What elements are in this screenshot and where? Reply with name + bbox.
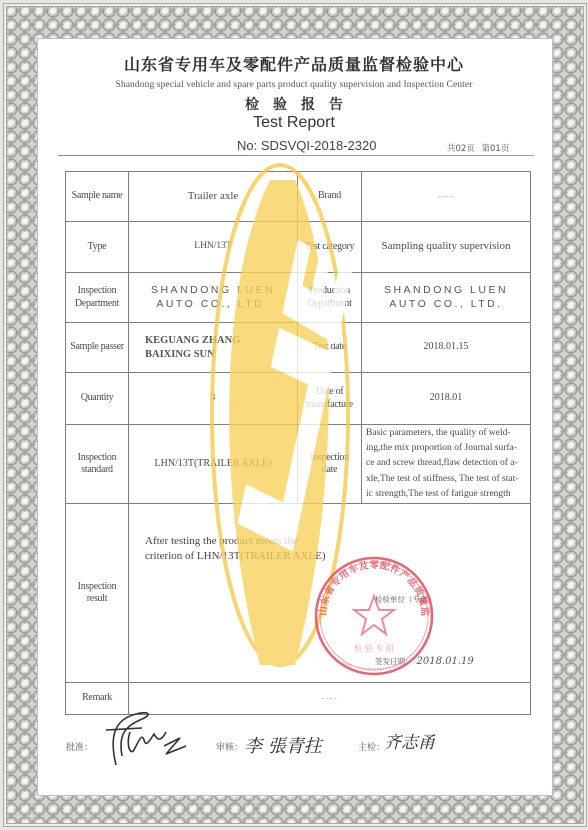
date-of-manufacture-label: Date of manufacture bbox=[298, 373, 362, 425]
label-line: Inspection bbox=[310, 452, 349, 463]
label-line: Inspection bbox=[78, 581, 117, 592]
items-line: xle,The test of stiffness, The test of s… bbox=[366, 472, 528, 487]
table-row: Quantity 3 Date of manufacture 2018.01 bbox=[66, 373, 531, 425]
inspection-standard-value: LHN/13T(TRAILER AXLE) bbox=[129, 425, 298, 504]
label-line: Date of bbox=[316, 386, 344, 397]
inspection-standard-label: Inspection standard bbox=[66, 425, 129, 504]
report-title-en: Test Report bbox=[0, 114, 588, 132]
review-label: 审核： bbox=[216, 740, 243, 753]
inspection-items-label: Inspection date bbox=[298, 425, 362, 504]
label-line: manufacture bbox=[306, 399, 353, 410]
sample-name-value: Trailer axle bbox=[129, 172, 298, 222]
inspection-department-label: Inspection Department bbox=[66, 273, 129, 323]
value-line: SHANDONG LUEN bbox=[384, 284, 508, 296]
table-row: Type LHN/13T Test category Sampling qual… bbox=[66, 222, 531, 273]
review-signature: 李 張青拄 bbox=[244, 732, 322, 758]
label-line: standard bbox=[81, 464, 112, 475]
table-row: Inspection result After testing the prod… bbox=[66, 504, 531, 683]
table-row: Inspection Department SHANDONG LUEN AUTO… bbox=[66, 273, 531, 323]
report-table: Sample name Trailer axle Brand ---- Type… bbox=[65, 171, 531, 715]
result-line: After testing the product meets the bbox=[145, 534, 326, 549]
chief-inspector-label: 主检： bbox=[358, 740, 385, 753]
value-line: BAIXING SUN bbox=[145, 349, 215, 360]
org-name-en: Shandong special vehicle and spare parts… bbox=[0, 80, 588, 90]
result-line: criterion of LHN/13T(TRAILER AXLE) bbox=[145, 549, 326, 564]
label-line: Production bbox=[309, 285, 350, 296]
production-department-value: SHANDONG LUEN AUTO CO., LTD. bbox=[362, 273, 531, 323]
test-date-label: Test date bbox=[298, 323, 362, 373]
value-line: AUTO CO., LTD. bbox=[156, 298, 269, 310]
header-rule bbox=[58, 155, 248, 156]
page-count: 共02页 第01页 bbox=[447, 142, 509, 154]
signature-row: 批准： 审核： 李 張青拄 主检： 齐志甬 bbox=[66, 732, 536, 792]
value-line: SHANDONG LUEN bbox=[151, 284, 275, 296]
sample-passer-label: Sample passer bbox=[66, 323, 129, 373]
label-line: Inspection bbox=[78, 452, 117, 463]
label-line: result bbox=[87, 593, 107, 604]
test-category-label: Test category bbox=[298, 222, 362, 273]
date-of-manufacture-value: 2018.01 bbox=[362, 373, 531, 425]
chief-inspector-signature: 齐志甬 bbox=[384, 728, 435, 753]
inspection-items-value: Basic parameters, the quality of weld- i… bbox=[362, 425, 531, 504]
items-line: ic strength,The test of fatigue strength bbox=[366, 487, 528, 502]
issue-date-label: 签发日期： bbox=[375, 657, 413, 666]
label-line: Department bbox=[307, 298, 351, 309]
items-line: Basic parameters, the quality of weld- bbox=[366, 426, 528, 441]
quantity-label: Quantity bbox=[66, 373, 129, 425]
approve-label: 批准： bbox=[66, 740, 93, 753]
items-line: ce and screw thread,flaw detection of a- bbox=[366, 456, 528, 471]
brand-label: Brand bbox=[298, 172, 362, 222]
sample-name-label: Sample name bbox=[66, 172, 129, 222]
header-rule bbox=[248, 155, 534, 156]
inspection-result-value: After testing the product meets the crit… bbox=[129, 504, 531, 683]
table-row: Sample passer KEGUANG ZHANG BAIXING SUN … bbox=[66, 323, 531, 373]
approve-signature bbox=[96, 710, 196, 780]
sample-passer-value: KEGUANG ZHANG BAIXING SUN bbox=[129, 323, 298, 373]
label-line: Department bbox=[75, 298, 119, 309]
report-number: No: SDSVQI-2018-2320 bbox=[237, 138, 376, 153]
production-department-label: Production Department bbox=[298, 273, 362, 323]
brand-value: ---- bbox=[362, 172, 531, 222]
label-line: date bbox=[322, 464, 337, 475]
test-date-value: 2018.01.15 bbox=[362, 323, 531, 373]
issue-date-handwritten: 2018.01.19 bbox=[417, 656, 474, 667]
label-line: Inspection bbox=[78, 285, 117, 296]
type-value: LHN/13T bbox=[129, 222, 298, 273]
test-category-value: Sampling quality supervision bbox=[362, 222, 531, 273]
quantity-value: 3 bbox=[129, 373, 298, 425]
issue-date: 签发日期：2018.01.19 bbox=[375, 656, 474, 669]
report-title-cn: 检验报告 bbox=[0, 94, 588, 114]
stamp-caption: 检验单位（专章） bbox=[375, 595, 435, 604]
org-name-cn: 山东省专用车及零配件产品质量监督检验中心 bbox=[0, 52, 588, 75]
table-row: Inspection standard LHN/13T(TRAILER AXLE… bbox=[66, 425, 531, 504]
result-text: After testing the product meets the crit… bbox=[145, 534, 326, 564]
value-line: KEGUANG ZHANG bbox=[145, 335, 240, 346]
inspection-result-label: Inspection result bbox=[66, 504, 129, 683]
table-row: Sample name Trailer axle Brand ---- bbox=[66, 172, 531, 222]
value-line: AUTO CO., LTD. bbox=[389, 298, 502, 310]
items-line: ing,the mix proportion of Journal surfa- bbox=[366, 441, 528, 456]
inspection-department-value: SHANDONG LUEN AUTO CO., LTD. bbox=[129, 273, 298, 323]
type-label: Type bbox=[66, 222, 129, 273]
